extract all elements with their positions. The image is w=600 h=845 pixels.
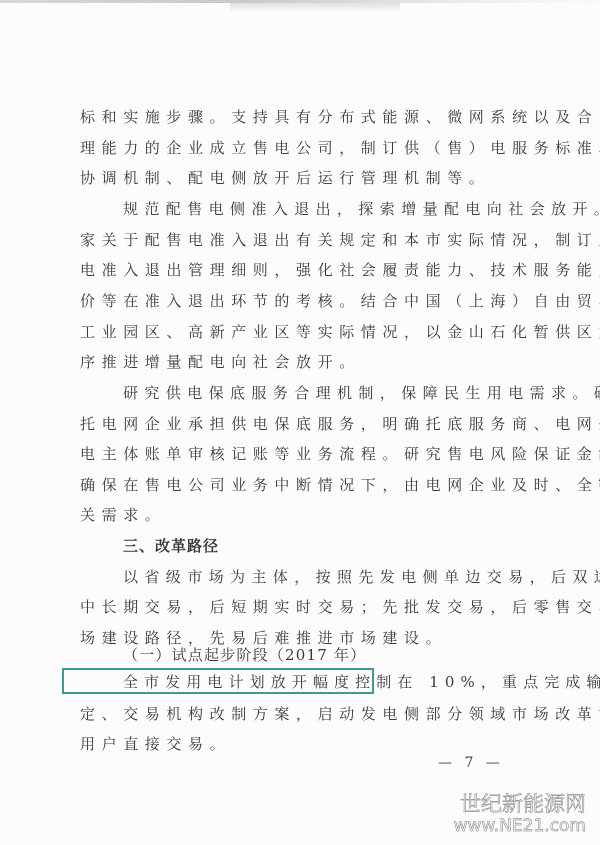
watermark-name: 世纪新能源网	[454, 792, 586, 816]
subsection-heading: （一）试点起步阶段（2017 年）	[123, 643, 563, 667]
text-line: 电准入退出管理细则，强化社会履责能力、技术服务能力、信用评	[80, 258, 520, 282]
text-line: 中长期交易，后短期实时交易；先批发交易，后零售交易的电力市	[80, 595, 520, 619]
text-line: 托电网企业承担供电保底服务，明确托底服务商、电网企业与售	[80, 412, 520, 436]
text-line: 家关于配售电准入退出有关规定和本市实际情况，制订上海配售	[80, 228, 520, 252]
watermark: 世纪新能源网 www.NE21.com	[454, 792, 586, 836]
text-line: 理能力的企业成立售电公司，制订供（售）电服务标准、供用电纠纷	[80, 136, 520, 160]
paragraph-start: 以省级市场为主体，按照先发电侧单边交易，后双边交易；先	[123, 565, 563, 589]
watermark-url: www.NE21.com	[454, 816, 586, 836]
text-line: 电主体账单审核记账等业务流程。研究售电风险保证金制度，	[80, 442, 520, 466]
text-line: 关需求。	[80, 503, 520, 527]
paragraph-start: 规范配售电侧准入退出，探索增量配电向社会放开。根据国	[123, 197, 521, 221]
scan-smudge	[230, 3, 400, 13]
highlight-annotation-box	[62, 668, 374, 694]
text-line: 工业园区、高新产业区等实际情况，以金山石化暂供区为重点，有	[80, 320, 520, 344]
text-line: 用户直接交易。	[80, 732, 520, 756]
paragraph-start: 研究供电保底服务合理机制，保障民生用电需求。研究依	[123, 381, 563, 405]
text-line: 价等在准入退出环节的考核。结合中国（上海）自由贸易试验区、	[80, 289, 520, 313]
text-line: 协调机制、配电侧放开后运行管理机制等。	[80, 166, 520, 190]
page-number: — 7 —	[438, 755, 504, 771]
text-line: 定、交易机构改制方案，启动发电侧部分领域市场改革试点和电力	[80, 702, 520, 726]
text-line: 确保在售电公司业务中断情况下，由电网企业及时、全额满足相	[80, 473, 520, 497]
section-heading: 三、改革路径	[123, 534, 563, 558]
text-line: 标和实施步骤。支持具有分布式能源、微网系统以及合同能源管	[80, 105, 520, 129]
text-line: 序推进增量配电向社会放开。	[80, 350, 520, 374]
